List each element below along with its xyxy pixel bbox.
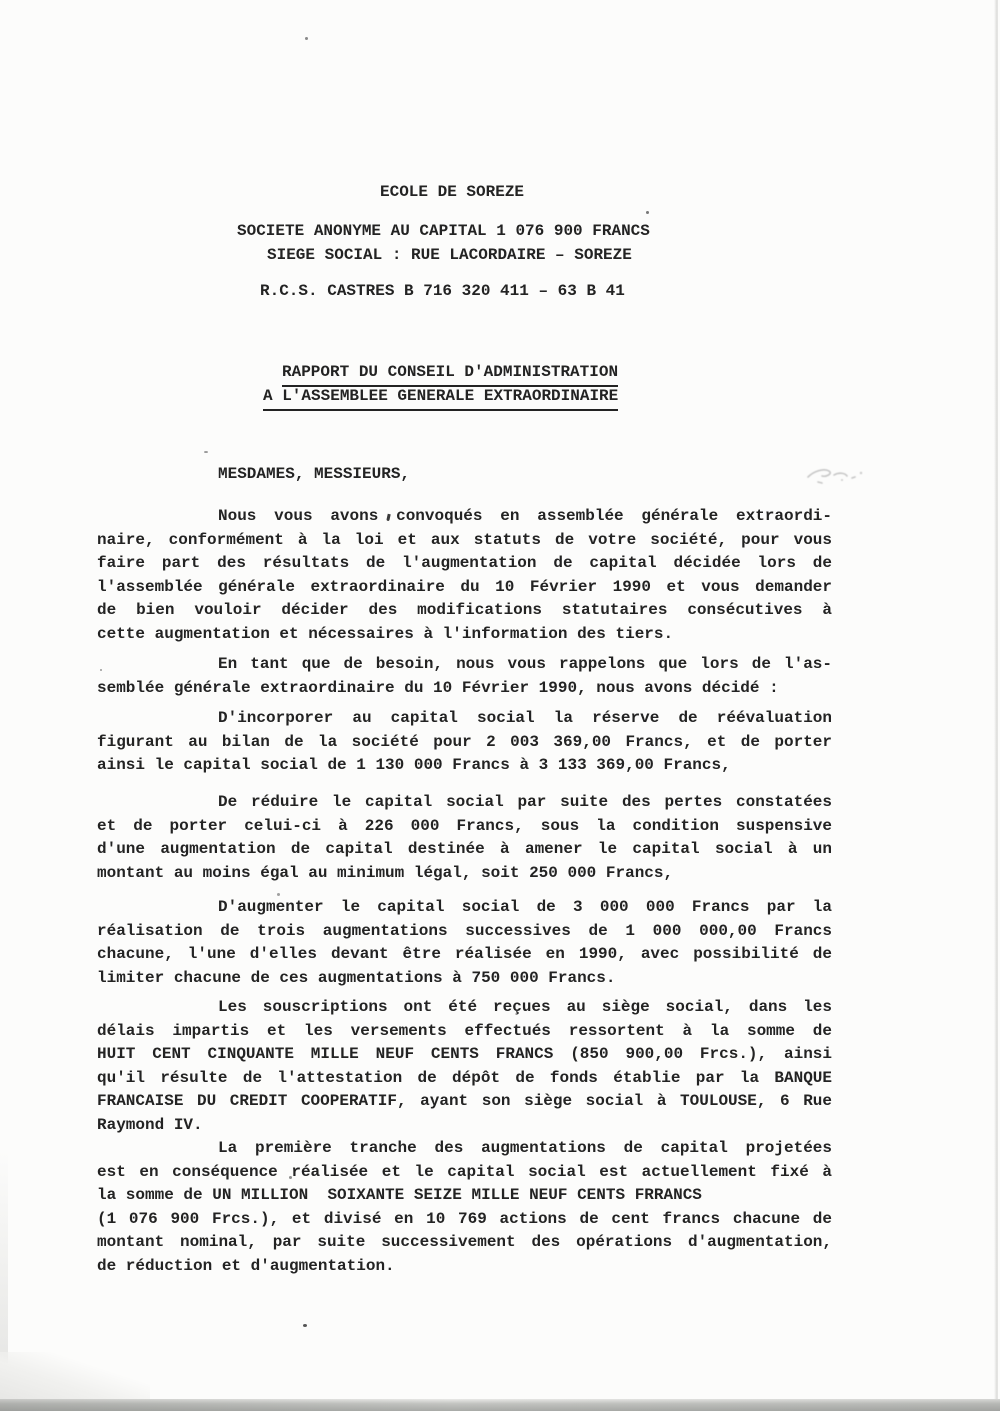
body-line: FRANCAISE DU CREDIT COOPERATIF, ayant so… [97,1090,832,1114]
ink-speck [303,1324,307,1327]
document-page: ECOLE DE SOREZE SOCIETE ANONYME AU CAPIT… [0,0,1000,1411]
ink-speck [646,211,649,214]
bottom-left-scan-shadow [0,1352,150,1402]
paragraph: En tant que de besoin, nous vous rappelo… [97,653,832,700]
body-line: Les souscriptions ont été reçues au sièg… [97,996,832,1020]
body-line: montant au moins égal au minimum légal, … [97,862,832,886]
scanner-bottom-edge [0,1399,1000,1411]
body-line: de réduction et d'augmentation. [97,1255,832,1279]
body-line: naire, conformément à la loi et aux stat… [97,529,832,553]
body-line: réalisation de trois augmentations succe… [97,920,832,944]
ink-speck [289,1176,292,1179]
body-line: montant nominal, par suite successivemen… [97,1231,832,1255]
body-line: De réduire le capital social par suite d… [97,791,832,815]
body-line: qu'il résulte de l'attestation de dépôt … [97,1067,832,1091]
body-line: figurant au bilan de la société pour 2 0… [97,731,832,755]
ink-speck [305,37,308,40]
ink-speck [204,451,208,453]
ink-speck [277,893,280,896]
body-line: d'une augmentation de capital destinée à… [97,838,832,862]
paragraph: Les souscriptions ont été reçues au sièg… [97,996,832,1137]
body-line: semblée générale extraordinaire du 10 Fé… [97,677,832,701]
body-line: de bien vouloir décider des modification… [97,599,832,623]
body-line: ainsi le capital social de 1 130 000 Fra… [97,754,832,778]
paragraph: D'augmenter le capital social de 3 000 0… [97,896,832,990]
body-line: D'augmenter le capital social de 3 000 0… [97,896,832,920]
paragraph: Nous vous avons convoqués en assemblée g… [97,505,832,646]
company-legal-form-capital: SOCIETE ANONYME AU CAPITAL 1 076 900 FRA… [237,222,650,241]
body-line: Raymond IV. [97,1114,832,1138]
body-line: Nous vous avons convoqués en assemblée g… [97,505,832,529]
body-line: est en conséquence réalisée et le capita… [97,1161,832,1185]
body-line: cette augmentation et nécessaires à l'in… [97,623,832,647]
body-line: D'incorporer au capital social la réserv… [97,707,832,731]
company-head-office: SIEGE SOCIAL : RUE LACORDAIRE – SOREZE [267,246,632,265]
body-line: En tant que de besoin, nous vous rappelo… [97,653,832,677]
body-line: limiter chacune de ces augmentations à 7… [97,967,832,991]
company-registration: R.C.S. CASTRES B 716 320 411 – 63 B 41 [260,282,625,301]
paragraph: D'incorporer au capital social la réserv… [97,707,832,778]
body-line: La première tranche des augmentations de… [97,1137,832,1161]
body-line: la somme de UN MILLION SOIXANTE SEIZE MI… [97,1184,832,1208]
body-line: et de porter celui-ci à 226 000 Francs, … [97,815,832,839]
body-line: (1 076 900 Frcs.), et divisé en 10 769 a… [97,1208,832,1232]
paragraph: La première tranche des augmentations de… [97,1137,832,1278]
company-name: ECOLE DE SOREZE [380,183,524,202]
ink-speck [100,669,102,671]
report-title-line-1: RAPPORT DU CONSEIL D'ADMINISTRATION [282,363,618,387]
paragraph: De réduire le capital social par suite d… [97,791,832,885]
body-line: délais impartis et les versements effect… [97,1020,832,1044]
report-title-line-2: A L'ASSEMBLEE GENERALE EXTRAORDINAIRE [263,387,618,411]
pencil-smudge [798,453,878,494]
body-line: HUIT CENT CINQUANTE MILLE NEUF CENTS FRA… [97,1043,832,1067]
body-line: faire part des résultats de l'augmentati… [97,552,832,576]
salutation: MESDAMES, MESSIEURS, [218,465,410,484]
body-line: chacune, l'une d'elles devant être réali… [97,943,832,967]
body-line: l'assemblée générale extraordinaire du 1… [97,576,832,600]
page-right-edge [994,0,998,1411]
